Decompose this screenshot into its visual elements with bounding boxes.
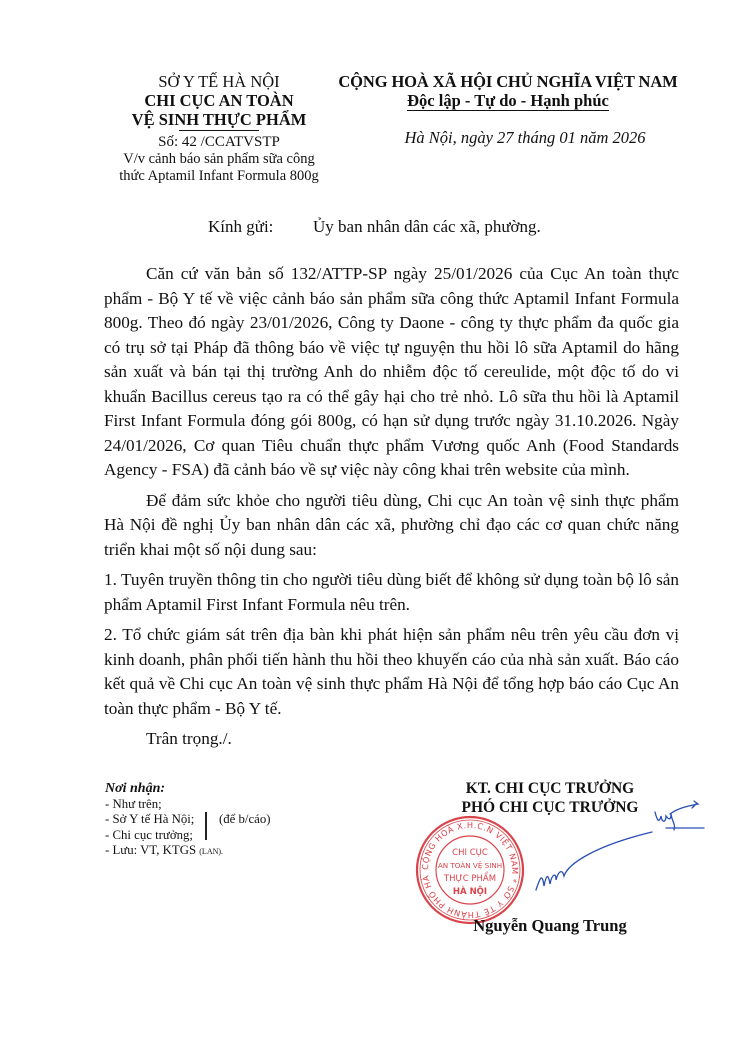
subject-line1: V/v cảnh báo sản phẩm sữa công: [100, 151, 338, 168]
recipients-bracket: [205, 812, 207, 840]
recipient-line-archive: - Lưu: VT, KTGS (LAN).: [105, 843, 223, 859]
svg-text:HÀ NỘI: HÀ NỘI: [453, 885, 487, 897]
letter-body: Căn cứ văn bản số 132/ATTP-SP ngày 25/01…: [104, 262, 679, 758]
national-header-block: CỘNG HOÀ XÃ HỘI CHỦ NGHĨA VIỆT NAM Độc l…: [330, 72, 686, 110]
nation-title: CỘNG HOÀ XÃ HỘI CHỦ NGHĨA VIỆT NAM: [330, 72, 686, 91]
agency-underline: [179, 130, 259, 131]
archive-suffix: (LAN).: [199, 847, 223, 856]
addressee-label: Kính gửi:: [208, 217, 273, 237]
national-motto: Độc lập - Tự do - Hạnh phúc: [407, 91, 609, 111]
ministry-name: SỞ Y TẾ HÀ NỘI: [100, 72, 338, 91]
svg-text:AN TOÀN VỆ SINH: AN TOÀN VỆ SINH: [438, 861, 502, 870]
agency-name-line1: CHI CỤC AN TOÀN: [100, 91, 338, 110]
signature-icon: [534, 828, 654, 908]
issuing-agency-block: SỞ Y TẾ HÀ NỘI CHI CỤC AN TOÀN VỆ SINH T…: [100, 72, 338, 185]
subject-line2: thức Aptamil Infant Formula 800g: [100, 168, 338, 185]
body-paragraph: Để đảm sức khỏe cho người tiêu dùng, Chi…: [104, 489, 679, 563]
svg-text:CHI CỤC: CHI CỤC: [452, 848, 488, 858]
agency-name-line2: VỆ SINH THỰC PHẨM: [100, 110, 338, 129]
svg-text:THỰC PHẨM: THỰC PHẨM: [443, 871, 496, 884]
body-paragraph: Căn cứ văn bản số 132/ATTP-SP ngày 25/01…: [104, 262, 679, 483]
action-item: 2. Tổ chức giám sát trên địa bàn khi phá…: [104, 623, 679, 721]
signatory-name: Nguyễn Quang Trung: [455, 916, 645, 936]
closing-phrase: Trân trọng./.: [104, 727, 679, 752]
signatory-title: KT. CHI CỤC TRƯỞNG PHÓ CHI CỤC TRƯỞNG: [455, 779, 645, 817]
recipients-title: Nơi nhận:: [105, 781, 223, 797]
addressee-recipient: Ủy ban nhân dân các xã, phường.: [313, 217, 541, 237]
initial-mark-icon: [652, 798, 712, 834]
recipients-group-note: (để b/cáo): [219, 812, 271, 827]
document-number: Số: 42 /CCATVSTP: [100, 133, 338, 151]
document-date: Hà Nội, ngày 27 tháng 01 năm 2026: [360, 128, 690, 148]
action-item: 1. Tuyên truyền thông tin cho người tiêu…: [104, 568, 679, 617]
official-seal-icon: CỘNG HOÀ X.H.C.N VIỆT NAM * SỞ Y TẾ THÀN…: [414, 814, 526, 926]
signatory-title-line1: KT. CHI CỤC TRƯỞNG: [455, 779, 645, 798]
recipient-line: - Như trên;: [105, 797, 223, 812]
